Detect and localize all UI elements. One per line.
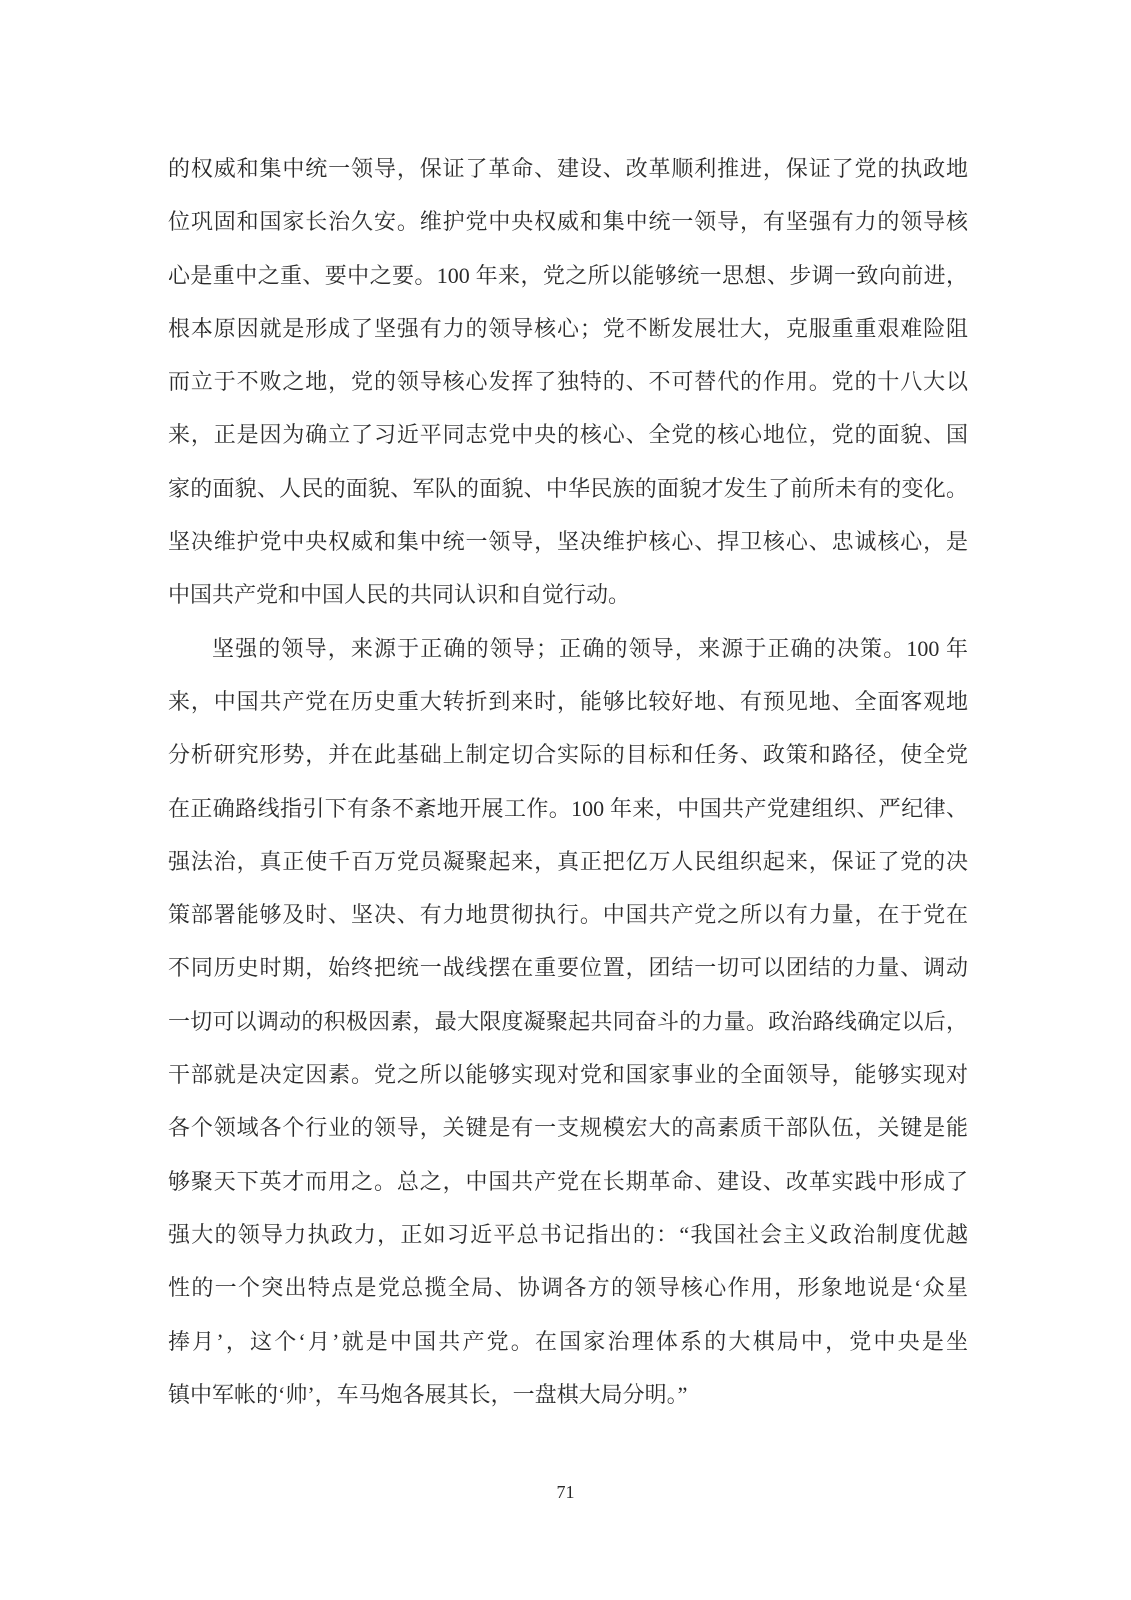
text-line-11: 来，中国共产党在历史重大转折到来时，能够比较好地、有预见地、全面客观地	[168, 675, 968, 728]
text-line-15: 策部署能够及时、坚决、有力地贯彻执行。中国共产党之所以有力量，在于党在	[168, 888, 968, 941]
text-line-16: 不同历史时期，始终把统一战线摆在重要位置，团结一切可以团结的力量、调动	[168, 941, 968, 994]
document-page: 的权威和集中统一领导，保证了革命、建设、改革顺利推进，保证了党的执政地 位巩固和…	[0, 0, 1131, 1600]
text-line-19: 各个领域各个行业的领导，关键是有一支规模宏大的高素质干部队伍，关键是能	[168, 1101, 968, 1154]
text-line-5: 而立于不败之地，党的领导核心发挥了独特的、不可替代的作用。党的十八大以	[168, 355, 968, 408]
text-line-2: 位巩固和国家长治久安。维护党中央权威和集中统一领导，有坚强有力的领导核	[168, 195, 968, 248]
text-line-22: 性的一个突出特点是党总揽全局、协调各方的领导核心作用，形象地说是‘众星	[168, 1261, 968, 1314]
text-line-17: 一切可以调动的积极因素，最大限度凝聚起共同奋斗的力量。政治路线确定以后，	[168, 995, 968, 1048]
text-line-20: 够聚天下英才而用之。总之，中国共产党在长期革命、建设、改革实践中形成了	[168, 1155, 968, 1208]
text-line-24: 镇中军帐的‘帅’，车马炮各展其长，一盘棋大局分明。”	[168, 1368, 968, 1421]
text-line-21: 强大的领导力执政力，正如习近平总书记指出的：“我国社会主义政治制度优越	[168, 1208, 968, 1261]
text-line-1: 的权威和集中统一领导，保证了革命、建设、改革顺利推进，保证了党的执政地	[168, 142, 968, 195]
text-line-10: 坚强的领导，来源于正确的领导；正确的领导，来源于正确的决策。100 年	[168, 622, 968, 675]
text-line-18: 干部就是决定因素。党之所以能够实现对党和国家事业的全面领导，能够实现对	[168, 1048, 968, 1101]
text-line-13: 在正确路线指引下有条不紊地开展工作。100 年来，中国共产党建组织、严纪律、	[168, 782, 968, 835]
text-line-23: 捧月’，这个‘月’就是中国共产党。在国家治理体系的大棋局中，党中央是坐	[168, 1315, 968, 1368]
text-line-12: 分析研究形势，并在此基础上制定切合实际的目标和任务、政策和路径，使全党	[168, 728, 968, 781]
text-line-9: 中国共产党和中国人民的共同认识和自觉行动。	[168, 568, 968, 621]
text-line-14: 强法治，真正使千百万党员凝聚起来，真正把亿万人民组织起来，保证了党的决	[168, 835, 968, 888]
body-text: 的权威和集中统一领导，保证了革命、建设、改革顺利推进，保证了党的执政地 位巩固和…	[168, 142, 968, 1421]
text-line-8: 坚决维护党中央权威和集中统一领导，坚决维护核心、捍卫核心、忠诚核心，是	[168, 515, 968, 568]
text-line-7: 家的面貌、人民的面貌、军队的面貌、中华民族的面貌才发生了前所未有的变化。	[168, 462, 968, 515]
text-line-3: 心是重中之重、要中之要。100 年来，党之所以能够统一思想、步调一致向前进，	[168, 249, 968, 302]
text-line-6: 来，正是因为确立了习近平同志党中央的核心、全党的核心地位，党的面貌、国	[168, 408, 968, 461]
page-number: 71	[0, 1482, 1131, 1503]
text-line-4: 根本原因就是形成了坚强有力的领导核心；党不断发展壮大，克服重重艰难险阻	[168, 302, 968, 355]
